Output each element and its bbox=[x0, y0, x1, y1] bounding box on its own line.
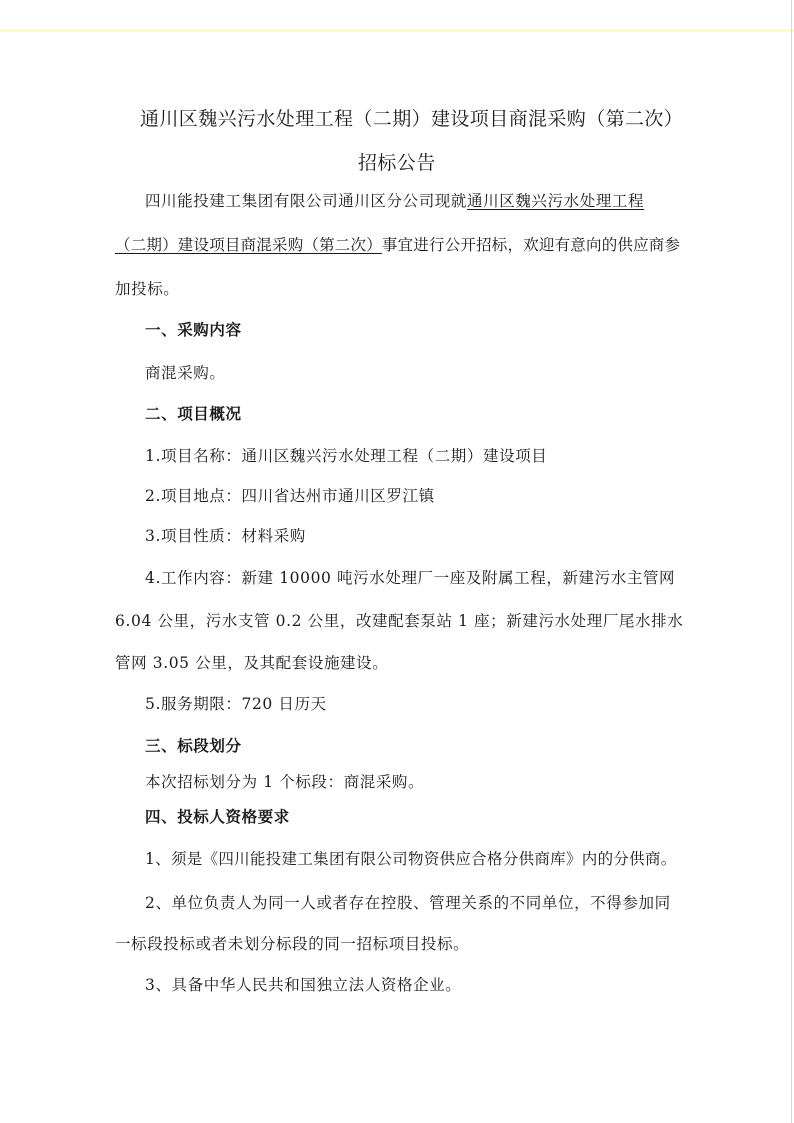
scan-artifact-line bbox=[0, 29, 794, 32]
document-title: 通川区魏兴污水处理工程（二期）建设项目商混采购（第二次） bbox=[140, 104, 683, 131]
page-edge bbox=[791, 0, 792, 1123]
section-2-heading: 二、项目概况 bbox=[145, 402, 242, 424]
project-name-underlined: 通川区魏兴污水处理工程 bbox=[467, 192, 644, 210]
section-3-heading: 三、标段划分 bbox=[145, 734, 242, 756]
requirement-1: 1、须是《四川能投建工集团有限公司物资供应合格分供商库》内的分供商。 bbox=[145, 847, 677, 869]
project-name-underlined-cont: （二期）建设项目商混采购（第二次） bbox=[115, 236, 382, 254]
section-1-heading: 一、采购内容 bbox=[145, 318, 242, 340]
project-item-1: 1.项目名称：通川区魏兴污水处理工程（二期）建设项目 bbox=[145, 444, 547, 466]
requirement-2-line-2: 一标段投标或者未划分标段的同一招标项目投标。 bbox=[115, 932, 469, 954]
project-item-4-line-3: 管网 3.05 公里，及其配套设施建设。 bbox=[115, 651, 388, 673]
intro-text: 四川能投建工集团有限公司通川区分公司现就 bbox=[145, 192, 467, 210]
intro-text-cont: 事宜进行公开招标，欢迎有意向的供应商参 bbox=[382, 236, 680, 254]
intro-line-3: 加投标。 bbox=[115, 277, 179, 299]
section-1-body: 商混采购。 bbox=[145, 361, 226, 383]
section-3-body: 本次招标划分为 1 个标段：商混采购。 bbox=[145, 770, 424, 792]
intro-line-1: 四川能投建工集团有限公司通川区分公司现就通川区魏兴污水处理工程 bbox=[145, 189, 644, 211]
project-item-4-line-2: 6.04 公里，污水支管 0.2 公里，改建配套泵站 1 座；新建污水处理厂尾水… bbox=[115, 609, 683, 631]
project-item-2: 2.项目地点：四川省达州市通川区罗江镇 bbox=[145, 484, 435, 506]
document-subtitle: 招标公告 bbox=[358, 148, 436, 175]
project-item-5: 5.服务期限：720 日历天 bbox=[145, 692, 327, 714]
section-4-heading: 四、投标人资格要求 bbox=[145, 805, 290, 827]
requirement-3: 3、具备中华人民共和国独立法人资格企业。 bbox=[145, 973, 461, 995]
intro-line-2: （二期）建设项目商混采购（第二次）事宜进行公开招标，欢迎有意向的供应商参 bbox=[115, 233, 680, 255]
project-item-3: 3.项目性质：材料采购 bbox=[145, 524, 306, 546]
requirement-2-line-1: 2、单位负责人为同一人或者存在控股、管理关系的不同单位，不得参加同 bbox=[145, 891, 671, 913]
project-item-4-line-1: 4.工作内容：新建 10000 吨污水处理厂一座及附属工程，新建污水主管网 bbox=[145, 566, 675, 588]
